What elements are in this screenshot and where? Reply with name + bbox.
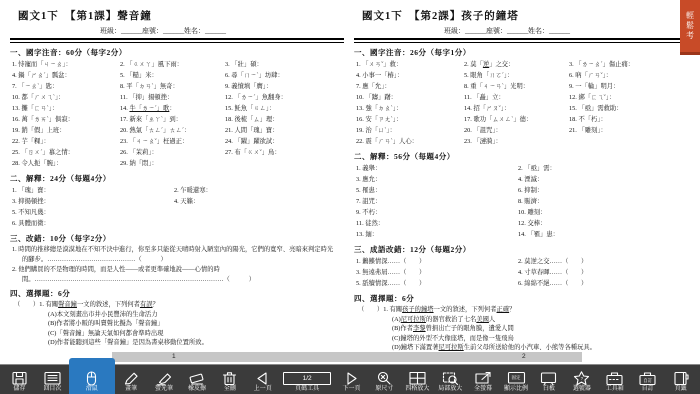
exam-body: 一、國字注音：26分（每字1分）1. 「ㄨㄢˇ」救：2. 莫「逆」之交：3. 「… (352, 47, 690, 353)
page-number: 1 (172, 353, 176, 360)
exam-item: 10. 都「ㄏㄨㄟˋ」： (12, 92, 120, 103)
toolbar-button-whiteboard[interactable]: 白板 (533, 365, 566, 394)
toolbar-button-area-zoom[interactable]: 局部放大 (434, 365, 467, 394)
exam-item: 22. 震「ㄏㄢˋ」人心： (356, 136, 464, 147)
exam-item: 16. 萬「ㄌㄞˋ」俱寂： (12, 114, 120, 125)
item-grid: 1. 義舉：2. 「亟」需：3. 應允：4. 湮滅：5. 罹患：6. 抑制：7.… (356, 163, 690, 240)
bottom-toolbar: 儲存回目次滑鼠畫筆螢光筆橡皮擦全刪上一頁1/2頁碼工具下一頁原尺寸四格放大局部放… (0, 364, 700, 394)
exam-item: 3. 「壯」碩： (225, 59, 346, 70)
exam-item: 24. 「躍」躍欲試： (225, 136, 346, 147)
toolbar-button-next-page[interactable]: 下一頁 (335, 365, 368, 394)
section-heading: 一、國字注音：26分（每字1分） (354, 47, 690, 58)
exam-item: 8. 平「ㄉㄢˋ」無奇： (120, 81, 225, 92)
exam-item: 5. 眼角「ㄇㄛˊ」： (464, 70, 569, 81)
toolbar-button-label: 頁碼工具 (295, 386, 319, 393)
whiteboard-icon (539, 371, 558, 386)
exam-page-left: 國文1下 【第1課】聲音鐘 班級：______座號：______姓名：_____… (8, 4, 346, 348)
item-grid: 1. 「ㄨㄢˇ」救：2. 莫「逆」之交：3. 「ㄌㄧㄠˊ」傷止痛：4. 小事一「… (356, 59, 690, 147)
toc-icon (43, 371, 62, 386)
toolbar-button-label: 畫筆 (125, 386, 137, 393)
choice-option: (C)鐘塔的外型不大像座塔，而是像一隻飛鳥 (392, 334, 690, 344)
exam-item: 13. 攤「ㄈㄢˋ」： (12, 103, 120, 114)
exam-item: 1. 鶼鰈情深……（ ） (356, 256, 518, 267)
choice-option: (D)作者能聽到這些「聲音鐘」是因為書桌移動位置所致。 (48, 338, 346, 348)
exam-item: 2. 「ㄍㄨㄚ」風下雨： (120, 59, 225, 70)
correction-item: 2. 他們購買的不是物理的時間，而是人性——或者更準確地說——心情的時間。………… (12, 265, 336, 284)
exam-item: 21. 「雕刻」： (569, 125, 690, 136)
choice-option: (B)作者李黎曾捐出亡子的眼角膜，遺愛人間 (392, 324, 690, 334)
exam-item: 9. 義憤填「膺」： (225, 81, 346, 92)
header-rule (10, 38, 344, 43)
toolbar-button-toolbox[interactable]: 工具箱 (598, 365, 631, 394)
highlighter-icon (155, 371, 174, 386)
page-tab-icon (671, 371, 690, 386)
exam-item: 4. 寸草春暉……（ ） (518, 267, 690, 278)
toolbar-button-label: 白板 (543, 386, 555, 393)
exam-item: 20. 熱氣「ㄊㄥˊ」ㄊㄥˊ： (120, 125, 225, 136)
toolbar-button-prev-page[interactable]: 上一頁 (246, 365, 279, 394)
exam-item: 1. 「ㄨㄢˇ」救： (356, 59, 464, 70)
toolbar-button-back-to-toc[interactable]: 回目次 (36, 365, 69, 394)
toolbar-button-highlighter[interactable]: 螢光筆 (148, 365, 181, 394)
exam-item: 12. 綁「ㄈㄟˇ」： (569, 92, 690, 103)
exam-item: 12. 交棒： (518, 218, 690, 229)
exam-item: 7. 應「允」： (356, 81, 464, 92)
toolbar-button-custom[interactable]: 自訂自訂 (631, 365, 664, 394)
mouse-icon (82, 371, 101, 386)
choice-option: (C)「聲音鐘」無論天氣如何都會準時出現 (48, 329, 346, 339)
exam-item: 19. 銷「假」上班： (12, 125, 120, 136)
section-heading: 四、選擇題：6分 (10, 288, 346, 299)
exam-item: 22. 芋「粿」： (12, 136, 120, 147)
exam-item: 10. 雕刻： (518, 207, 690, 218)
exam-item: 9. 不朽： (356, 207, 518, 218)
exam-item: 10. 「躊」躇： (356, 92, 464, 103)
exam-item: 12. 「ㄌㄧˊ」魚翻身： (225, 92, 346, 103)
exam-item: 27. 布「ㄍㄨˇ」鳥： (225, 147, 346, 158)
choice-option: (A)本文刻畫出市井小民豐沛的生命活力 (48, 310, 346, 320)
zoom-reset-icon (375, 371, 394, 386)
section-heading: 一、國字注音：60分（每字2分） (10, 47, 346, 58)
exam-item: 2. 莫「逆」之交： (464, 59, 569, 70)
exam-item: 3. 無遠弗屆……（ ） (356, 267, 518, 278)
save-icon (10, 371, 29, 386)
toolbar-button-pen[interactable]: 畫筆 (115, 365, 148, 394)
exam-item: 6. 抑制： (518, 185, 690, 196)
exam-item: 29. 納「悶」： (120, 158, 225, 169)
page-title: 國文1下 【第2課】孩子的鐘塔 (362, 8, 690, 23)
exam-item: 11. 「矗」立： (464, 92, 569, 103)
number-picker-icon: ? (572, 371, 591, 386)
exam-item: 23. 「ㄐㄧㄠˇ」枉過正： (120, 136, 225, 147)
exam-item: 5. 舐犢情深……（ ） (356, 278, 518, 289)
toolbar-button-label: 滑鼠 (86, 386, 98, 393)
exam-item: 2. 乍暖還寒： (174, 185, 346, 196)
exam-item: 5. 不知凡幾： (12, 207, 174, 218)
exam-page-right: 國文1下 【第2課】孩子的鐘塔 班級：______座號：______姓名：___… (352, 4, 690, 353)
header-rule (354, 38, 688, 43)
toolbar-button-label: 下一頁 (343, 386, 361, 393)
choice-option: (A)尼可拉斯的器官救治了七名美國人 (392, 315, 690, 325)
pen-icon (122, 371, 141, 386)
toolbar-button-label: 自訂 (642, 386, 654, 393)
class-seat-name-line: 班級：______座號：______姓名：______ (100, 26, 346, 36)
section-heading: 二、解釋：56分（每題4分） (354, 151, 690, 162)
exam-item: 16. 安「ㄗㄤˋ」： (356, 114, 464, 125)
exam-item: 20. 「詛咒」： (464, 125, 569, 136)
toolbar-button-number-picker[interactable]: ?選號器 (565, 365, 598, 394)
exam-item: 2. 莫逆之交……（ ） (518, 256, 690, 267)
toolbar-button-quad-zoom[interactable]: 四格放大 (401, 365, 434, 394)
toolbar-button-save[interactable]: 儲存 (3, 365, 36, 394)
exam-item: 3. 應允： (356, 174, 518, 185)
next-icon (342, 371, 361, 386)
class-seat-name-line: 班級：______座號：______姓名：______ (444, 26, 690, 36)
exam-item (174, 218, 346, 229)
grid-zoom-icon (408, 371, 427, 386)
toolbox-icon (605, 371, 624, 386)
exam-item: 13. 強「ㄉㄠˋ」： (356, 103, 464, 114)
exam-item: 6. 吶「ㄏㄢˇ」： (569, 70, 690, 81)
exam-item: 8. 賑濟： (518, 196, 690, 207)
exam-item: 13. 緬： (356, 229, 518, 240)
exam-item: 19. 治「ㄩˋ」： (356, 125, 464, 136)
easy-test-tab[interactable]: 輕鬆考 (680, 0, 700, 55)
exam-body: 一、國字注音：60分（每字2分）1. 恃寵而「ㄐㄧㄠ」：2. 「ㄍㄨㄚ」風下雨：… (8, 47, 346, 348)
page-indicator: 1/2 (283, 372, 331, 385)
exam-item: 8. 重「ㄐㄧㄢˋ」光明： (464, 81, 569, 92)
page-title: 國文1下 【第1課】聲音鐘 (18, 8, 346, 23)
ebook-reader-window: 國文1下 【第1課】聲音鐘 班級：______座號：______姓名：_____… (0, 0, 700, 394)
exam-item: 26. 「茉莉」： (120, 147, 225, 158)
exam-item: 14. 「罹」患： (518, 229, 690, 240)
page-number: 2 (522, 353, 526, 360)
correction-item: 1. 時間的推移總是漠漠地在不知不決中進行，你至多只能從天晴時射入陋室內的陽光，… (12, 245, 336, 264)
toolbar-button-label: 原尺寸 (375, 386, 393, 393)
toolbar-button-label: 局部放大 (438, 386, 462, 393)
toolbar-button-label: 顯示比例 (504, 386, 528, 393)
section-heading: 四、選擇題：6分 (354, 293, 690, 304)
exam-item: 3. 抑揚頓挫： (12, 196, 174, 207)
exam-item (174, 207, 346, 218)
toolbar-button-label: 四格放大 (405, 386, 429, 393)
exam-item: 14. 招「ㄕㄡˇ」： (464, 103, 569, 114)
exam-item: 1. 義舉： (356, 163, 518, 174)
exam-item: 4. 鍋「ㄕㄠˊ」瓢盆： (12, 70, 120, 81)
toolbar-button-page-tool[interactable]: 1/2頁碼工具 (279, 365, 335, 394)
toolbar-button-label: 螢光筆 (155, 386, 173, 393)
exam-item: 5. 「糙」米： (120, 70, 225, 81)
toolbar-button-label: 全刪 (224, 386, 236, 393)
exam-item: 17. 新來「ㄓㄚˋ」到： (120, 114, 225, 125)
display-ratio-icon: 固定 (507, 371, 526, 386)
exam-item: 17. 歌功「ㄙㄨㄥˋ」德： (464, 114, 569, 125)
prev-icon (253, 371, 272, 386)
choice-stem: （ ）1. 有關聲音鐘一文的敘述，下列何者有誤？ (14, 300, 346, 310)
toolbar-button-label: 回目次 (43, 386, 61, 393)
toolbar-button-label: 儲存 (13, 386, 25, 393)
custom-icon: 自訂 (638, 371, 657, 386)
exam-item: 6. 綿綿不絕……（ ） (518, 278, 690, 289)
exam-item: 7. 詛咒： (356, 196, 518, 207)
fullscreen-icon (474, 371, 493, 386)
toolbar-button-label: 上一頁 (254, 386, 272, 393)
toolbar-button-display-ratio[interactable]: 固定顯示比例 (500, 365, 533, 394)
exam-item: 1. 恃寵而「ㄐㄧㄠ」： (12, 59, 120, 70)
toolbar-button-delete-all[interactable]: 全刪 (213, 365, 246, 394)
item-grid: 1. 鶼鰈情深……（ ）2. 莫逆之交……（ ）3. 無遠弗屆……（ ）4. 寸… (356, 256, 690, 289)
exam-item: 6. 尋「ㄇㄧˋ」坊肆： (225, 70, 346, 81)
page-indicator-box: 1/2 (283, 371, 331, 386)
eraser-icon (187, 371, 206, 386)
area-zoom-icon (441, 371, 460, 386)
exam-item: 4. 小事一「樁」： (356, 70, 464, 81)
exam-item: 15. 魠魚「ㄍㄥ」： (225, 103, 346, 114)
exam-item: 9. 一「輪」明月： (569, 81, 690, 92)
exam-item: 1. 「瑰」寶： (12, 185, 174, 196)
exam-item: 14. 牛「ㄌㄧˊ」歌： (120, 103, 225, 114)
toolbar-button-fullscreen[interactable]: 全螢幕 (467, 365, 500, 394)
section-heading: 三、改錯：10分（每字2分） (10, 233, 346, 244)
toolbar-button-label: 頁籤 (675, 386, 687, 393)
exam-item: 4. 湮滅： (518, 174, 690, 185)
section-heading: 三、成語改錯：12分（每題2分） (354, 244, 690, 255)
exam-item: 25. 「ㄖㄨˊ」慕之情： (12, 147, 120, 158)
toolbar-button-label: 選號器 (573, 386, 591, 393)
exam-item: 23. 「漣漪」： (464, 136, 569, 147)
toolbar-button-eraser[interactable]: 橡皮擦 (181, 365, 214, 394)
toolbar-button-original-size[interactable]: 原尺寸 (368, 365, 401, 394)
exam-item: 11. 徒然： (356, 218, 518, 229)
exam-item: 6. 具體而微： (12, 218, 174, 229)
exam-item: 7. 「ㄧㄠˋ」匙： (12, 81, 120, 92)
toolbar-button-mouse[interactable]: 滑鼠 (69, 358, 115, 394)
toolbar-button-label: 工具箱 (606, 386, 624, 393)
trash-icon (220, 371, 239, 386)
page-footer-strip (112, 352, 582, 362)
exam-item: 4. 天籟： (174, 196, 346, 207)
choice-stem: （ ）1. 有關孩子的鐘塔一文的敘述，下列何者正確？ (358, 305, 690, 315)
exam-item: 3. 「ㄌㄧㄠˊ」傷止痛： (569, 59, 690, 70)
section-heading: 二、解釋：24分（每題4分） (10, 173, 346, 184)
item-grid: 1. 「瑰」寶：2. 乍暖還寒：3. 抑揚頓挫：4. 天籟：5. 不知凡幾：6.… (12, 185, 346, 229)
toolbar-button-page-tabs[interactable]: 頁籤 (664, 365, 697, 394)
exam-item: 18. 後梳「ㄙ」理： (225, 114, 346, 125)
exam-item: 5. 罹患： (356, 185, 518, 196)
exam-item: 11. 「抑」揚頓挫： (120, 92, 225, 103)
item-grid: 1. 恃寵而「ㄐㄧㄠ」：2. 「ㄍㄨㄚ」風下雨：3. 「壯」碩：4. 鍋「ㄕㄠˊ… (12, 59, 346, 169)
exam-item: 18. 不「朽」： (569, 114, 690, 125)
exam-item: 2. 「亟」需： (518, 163, 690, 174)
exam-item: 21. 人間「瑰」寶： (225, 125, 346, 136)
exam-item: 28. 令人扼「腕」： (12, 158, 120, 169)
toolbar-button-label: 橡皮擦 (188, 386, 206, 393)
toolbar-button-label: 全螢幕 (474, 386, 492, 393)
choice-option: (B)作者將小販的叫賣聲比擬為「聲音鐘」 (48, 319, 346, 329)
exam-item: 15. 「亟」需救助： (569, 103, 690, 114)
